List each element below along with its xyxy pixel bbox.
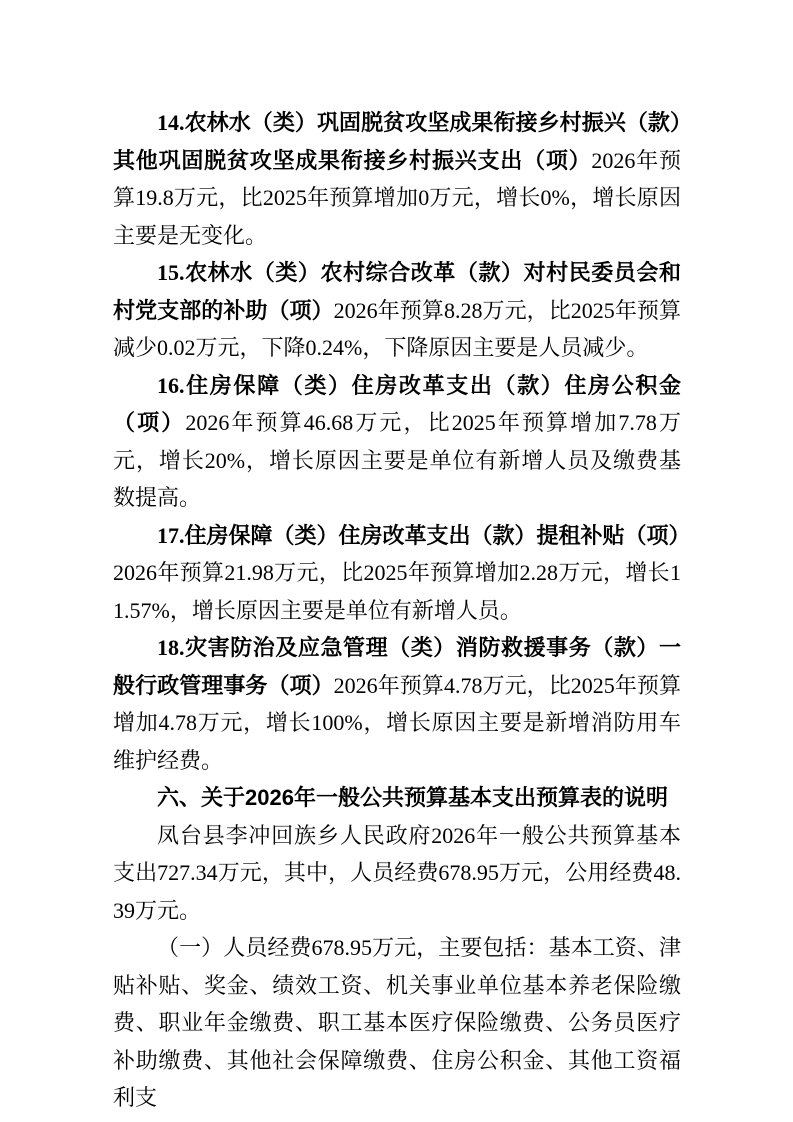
budget-item-14: 14.农林水（类）巩固脱贫攻坚成果衔接乡村振兴（款）其他巩固脱贫攻坚成果衔接乡村… [113,104,681,254]
budget-item-17: 17.住房保障（类）住房改革支出（款）提租补贴（项）2026年预算21.98万元… [113,517,681,630]
budget-item-16-body: 2026年预算46.68万元，比2025年预算增加7.78万元，增长20%，增长… [113,410,681,510]
budget-item-18: 18.灾害防治及应急管理（类）消防救援事务（款）一般行政管理事务（项）2026年… [113,629,681,779]
budget-item-16: 16.住房保障（类）住房改革支出（款）住房公积金（项）2026年预算46.68万… [113,367,681,517]
budget-item-17-label: 17.住房保障（类）住房改革支出（款）提租补贴（项） [157,523,691,548]
budget-item-15: 15.农林水（类）农村综合改革（款）对村民委员会和村党支部的补助（项）2026年… [113,254,681,367]
document-page: 14.农林水（类）巩固脱贫攻坚成果衔接乡村振兴（款）其他巩固脱贫攻坚成果衔接乡村… [0,0,793,1122]
budget-item-17-body: 2026年预算21.98万元，比2025年预算增加2.28万元，增长11.57%… [113,560,681,623]
section-six-heading: 六、关于2026年一般公共预算基本支出预算表的说明 [113,779,681,817]
personnel-expense-paragraph: （一）人员经费678.95万元，主要包括：基本工资、津贴补贴、奖金、绩效工资、机… [113,929,681,1117]
basic-expenditure-summary-paragraph: 凤台县李冲回族乡人民政府2026年一般公共预算基本支出727.34万元，其中，人… [113,817,681,930]
